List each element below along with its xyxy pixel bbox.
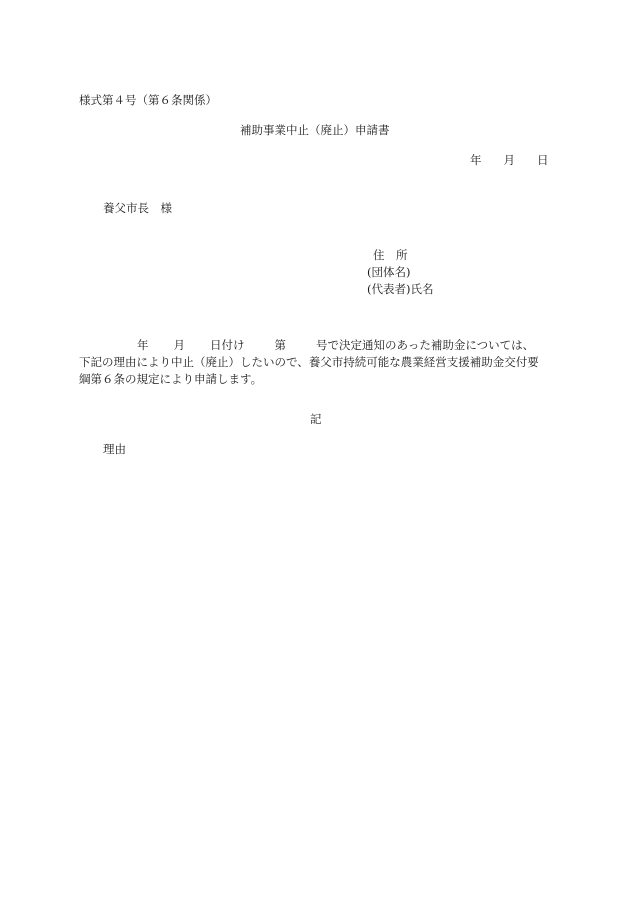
decision-notice-text: 号で決定通知のあった補助金については、: [316, 337, 534, 354]
address-label: 住 所: [367, 247, 433, 264]
decision-dated-label: 日付け: [210, 337, 245, 354]
decision-number-prefix: 第: [275, 337, 287, 354]
document-title: 補助事業中止（廃止）申請書: [240, 125, 390, 137]
date-line: 年月日: [470, 155, 549, 167]
decision-year-label: 年: [137, 337, 149, 354]
decision-month-label: 月: [174, 337, 186, 354]
applicant-block: 住 所 (団体名) (代表者)氏名: [367, 247, 433, 298]
date-year-label: 年: [470, 155, 482, 167]
organization-label: (団体名): [367, 264, 433, 281]
body-paragraph: 年月日付け第号で決定通知のあった補助金については、 下記の理由により中止（廃止）…: [79, 337, 539, 388]
body-line-1: 年月日付け第号で決定通知のあった補助金については、: [79, 337, 539, 354]
representative-name-label: (代表者)氏名: [367, 281, 433, 298]
body-line-3: 綱第６条の規定により申請します。: [79, 371, 539, 388]
date-month-label: 月: [504, 155, 516, 167]
addressee: 養父市長 様: [103, 203, 172, 215]
reason-label: 理由: [103, 444, 126, 456]
date-day-label: 日: [537, 155, 549, 167]
ki-heading: 記: [310, 414, 322, 426]
body-line-2: 下記の理由により中止（廃止）したいので、養父市持続可能な農業経営支援補助金交付要: [79, 354, 539, 371]
form-number: 様式第４号（第６条関係）: [79, 95, 217, 107]
